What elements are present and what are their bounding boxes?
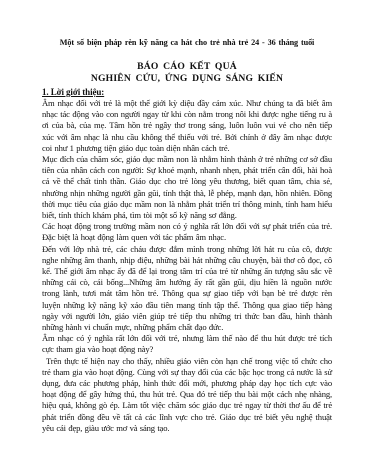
running-header: Một số biện pháp rèn kỹ năng ca hát cho …: [42, 38, 332, 48]
report-title: BÁO CÁO KẾT QUẢ: [42, 61, 332, 73]
report-subtitle: NGHIÊN CỨU, ỨNG DỤNG SÁNG KIẾN: [42, 73, 332, 85]
section-heading-introduction: 1. Lời giới thiệu:: [42, 87, 332, 98]
paragraph-music-magic: Âm nhạc đối với trẻ là một thế giới kỳ d…: [42, 98, 332, 154]
paragraph-nursery-class: Đến với lớp nhà trẻ, các cháu được đắm m…: [42, 244, 332, 334]
document-page: Một số biện pháp rèn kỹ năng ca hát cho …: [0, 0, 366, 473]
paragraph-school-activities: Các hoạt động trong trường mầm non có ý …: [42, 221, 332, 243]
paragraph-education-goals: Mục đích của chăm sóc, giáo dục mầm non …: [42, 154, 332, 221]
paragraph-question: Âm nhạc có ý nghĩa rất lớn đối với trẻ, …: [42, 333, 332, 355]
paragraph-reality: Trên thực tế hiện nay cho thấy, nhiều gi…: [42, 356, 332, 434]
document-content: Một số biện pháp rèn kỹ năng ca hát cho …: [42, 38, 332, 434]
